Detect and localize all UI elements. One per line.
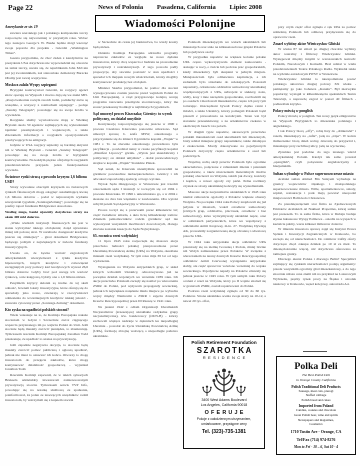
body-paragraph: Masowe akcje nacjonalistów ukraińskich w… (183, 190, 266, 239)
body-paragraph: I tak Polacy biorą „offy”, robią listy d… (273, 129, 356, 149)
body-paragraph: Rzecznik Komisji zapewnił, że w takich s… (5, 373, 88, 402)
article-heading: Sąd umorzył proces Kiszczaka; Górnicy: t… (93, 112, 178, 121)
edelweiss-tree-logo (197, 362, 251, 396)
body-paragraph: Gazeta przypomina, że choć żaden z kandy… (5, 56, 88, 80)
ad-product-line: Polish bread and cakes (277, 398, 355, 403)
szarotka-ad: Polish Retirement Foundation SZAROTKA RE… (183, 336, 265, 449)
ad-tagline: in Orange County California (277, 378, 355, 383)
ad-offer-line: Pokoje z całodziennym utrzymaniem, (184, 417, 264, 422)
body-paragraph: W wieku 87 lat zmarł po długiej chorobie… (273, 47, 356, 76)
body-paragraph: Jedynie w USA rosyjscy szpiedzy są bardz… (5, 143, 88, 172)
continued-article-heading: Amerykanie ze str. 19 (5, 25, 88, 30)
ad-address-line: Tel/Fax (714) 974-8276 (277, 437, 355, 443)
ad-title: Polka Deli (277, 361, 355, 372)
body-paragraph: Wystąpienia na Wołyniu antypolskich grup… (93, 265, 178, 304)
body-paragraph: Sąd uznał, że Kiszczak nieumyślnie sprow… (93, 167, 178, 182)
ad-offer-line: umiarkowane, przystępne ceny (184, 422, 264, 427)
body-paragraph: Ostatnio Komisja Europejska odrzuciła pr… (93, 51, 178, 85)
article-column-1: Amerykanie ze str. 19zawiera szerokiego … (5, 25, 88, 446)
body-paragraph: Arabski sułtan Ahmed Bin Sulayem wybuduj… (273, 177, 356, 201)
article-column-3: Polakom mieszkającym we wsiach ukraiński… (183, 40, 266, 333)
body-paragraph: Jeśli zapadnie negatywna decyzja, to sto… (5, 343, 88, 372)
body-paragraph: zawiera szerokiego jak i polskiego kompo… (5, 31, 88, 55)
body-paragraph: Za przedsięwzięciem stoi firma ze Zjedno… (273, 202, 356, 226)
article-column-2: w Szczecinie do czasu jej bankructwa, bo… (93, 40, 178, 450)
body-paragraph: Kontynuację rozpoczynającego się jeszcze… (93, 122, 178, 166)
body-paragraph: W przypadku napadów na większe kolonie p… (183, 55, 266, 128)
article-heading: Światowe rynki stracą z powodu kryzysu 1… (5, 175, 88, 184)
ad-title: SZAROTKA (184, 346, 264, 355)
ad-product-line: Cosmetics (277, 422, 355, 427)
page-header: News of Polonia Pasadena, California Lip… (0, 4, 360, 11)
article-heading: Polacy mówią w ponglish (273, 109, 356, 114)
article-column-4: przy czym część ofiar zginęła z rąk UPA … (273, 25, 356, 347)
body-paragraph: Polacy mówią w ponglish. Ten nowy język … (273, 114, 356, 129)
polka-deli-ad: Polka DeliThe Best Polish Deliin Orange … (276, 356, 356, 455)
section-title: Wiadomości Polonijne (124, 18, 235, 30)
body-paragraph: Polakom mieszkającym we wsiach ukraiński… (183, 40, 266, 55)
body-paragraph: Dlaczego akurat Polska i dlaczego Balin?… (273, 257, 356, 286)
body-paragraph: Pesymizm krytycy skłonni są trudno do te… (5, 281, 88, 305)
newspaper-page: Page 22 News of Polonia Pasadena, Califo… (0, 0, 360, 466)
issue-date: Lipiec 2008 (229, 4, 261, 11)
body-paragraph: Rosyjskie służby wywiadowcze mają w Wiel… (5, 118, 88, 142)
body-paragraph: Brytyjski kontrwywiad twierdzi, że rosyj… (5, 88, 88, 117)
article-heading: Moskwa zalała Wyspy szpiegami (5, 83, 88, 88)
publication-location: Pasadena, California (157, 4, 216, 11)
body-paragraph: W 1944 roku antypolskie akcje oddziałów … (183, 240, 266, 289)
ad-subtitle: RESIDENCE (184, 355, 264, 360)
body-paragraph: Na jesieni 1942 r. odłam Organizacji Ukr… (93, 305, 178, 339)
body-paragraph: Podczas rzezi wołyńskiej zginęło od 30 d… (183, 289, 266, 304)
body-paragraph: 11 lipca 1943 roku rozpoczęła się masowa… (93, 239, 178, 263)
article-subheading: Według niego, banki ujawniły dotychczas … (5, 210, 88, 220)
body-paragraph: Straty wywołane obecnym kryzysem na świa… (5, 185, 88, 209)
body-paragraph: Proces toczył się z przerwami przez kilk… (93, 208, 178, 232)
body-paragraph: W drugim typie napadów, okresowych przec… (183, 130, 266, 159)
ad-address-line: 1710 Tustin Ave - Orange, CA (277, 429, 355, 435)
body-paragraph: „Wiele wielkich instytucji finansowych n… (5, 221, 88, 250)
body-paragraph: Wspólną cechą akcji przeciw Polakom było… (183, 160, 266, 189)
body-paragraph: Zjawisko jest podobne do tego znanego wś… (273, 150, 356, 170)
publication-name: News of Polonia (98, 4, 143, 11)
article-heading: Sułtan wybuduje w Polsce supernowoczesne… (273, 172, 356, 177)
body-paragraph: Wieńczysław Gliński to niezapomniana pos… (273, 77, 356, 106)
body-paragraph: Wyrok Sądu Okręgowego w Warszawie jest t… (93, 182, 178, 206)
body-paragraph: Wiele wskazuje na to, że Komisja Europej… (5, 313, 88, 342)
article-heading: Kto zyska na upadłości polskich stoczni? (5, 308, 88, 313)
body-paragraph: przy czym część ofiar zginęła z rąk UPA … (273, 25, 356, 40)
ad-offer-heading: OFERUJE (184, 410, 264, 416)
ad-org-name: Polish Retirement Foundation (184, 340, 264, 345)
section-title-box: Wiadomości Polonijne (95, 15, 265, 32)
body-paragraph: W imieniu inwestora sprawą zajął się Ins… (273, 227, 356, 256)
section-divider (303, 351, 327, 352)
ad-address-line: Los Angeles, California 90018 (184, 403, 264, 408)
body-paragraph: Uważa on, że łączna wartość zagrożonych … (5, 251, 88, 280)
ad-hours: Mon to Fri - 10 – 6, Sat 10 - 4 (277, 445, 355, 449)
ad-phone: Tel. (323)-735-1381 (184, 429, 264, 435)
body-paragraph: w Szczecinie do czasu jej bankructwa, bo… (93, 40, 178, 50)
article-heading: 65. rocznica rzezi wołyńskiej (93, 234, 178, 239)
body-paragraph: Minister Skarbu przypomniał, że pomoc dl… (93, 86, 178, 110)
article-heading: Zmarł wybitny aktor Wieńczysław Gliński (273, 42, 356, 47)
